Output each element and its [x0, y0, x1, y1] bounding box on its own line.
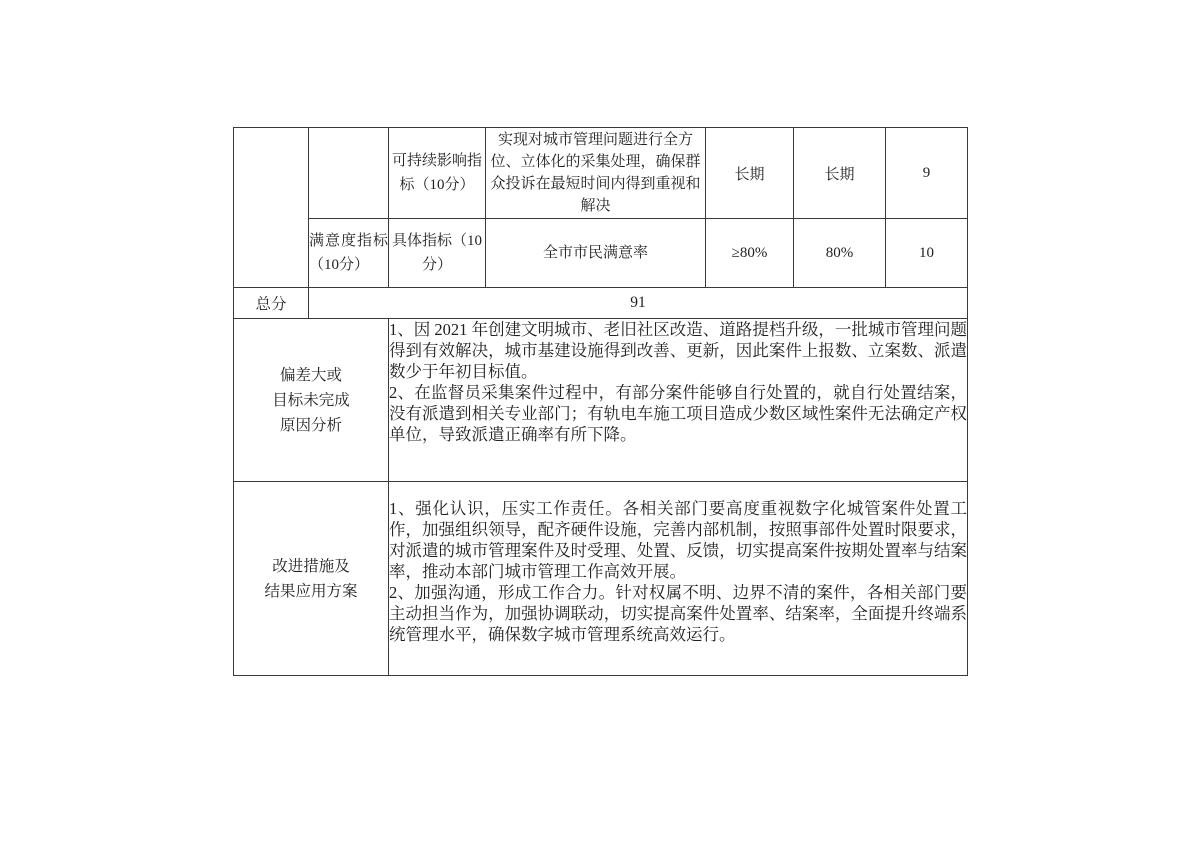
- category-satisfaction: 满意度指标（10分）: [309, 219, 389, 288]
- target-value-satisfaction: ≥80%: [706, 219, 794, 288]
- score-sustainable: 9: [886, 128, 968, 219]
- actual-value-satisfaction: 80%: [794, 219, 886, 288]
- improvement-plan-label: 改进措施及 结果应用方案: [234, 482, 389, 676]
- total-score-value: 91: [309, 288, 968, 319]
- indicator-description-sustainable: 实现对城市管理问题进行全方位、立体化的采集处理，确保群众投诉在最短时间内得到重视…: [486, 128, 706, 219]
- indicator-description-satisfaction: 全市市民满意率: [486, 219, 706, 288]
- row-total-score: 总分 91: [234, 288, 968, 319]
- indicator-name-sustainable: 可持续影响指标（10分）: [389, 128, 486, 219]
- deviation-analysis-content: 1、因 2021 年创建文明城市、老旧社区改造、道路提档升级，一批城市管理问题得…: [389, 319, 968, 482]
- target-value-sustainable: 长期: [706, 128, 794, 219]
- improvement-plan-content: 1、强化认识，压实工作责任。各相关部门要高度重视数字化城管案件处置工作，加强组织…: [389, 482, 968, 676]
- indicator-name-satisfaction: 具体指标（10分）: [389, 219, 486, 288]
- performance-evaluation-table: 可持续影响指标（10分） 实现对城市管理问题进行全方位、立体化的采集处理，确保群…: [233, 127, 968, 676]
- row-sustainable-indicator: 可持续影响指标（10分） 实现对城市管理问题进行全方位、立体化的采集处理，确保群…: [234, 128, 968, 219]
- actual-value-sustainable: 长期: [794, 128, 886, 219]
- score-satisfaction: 10: [886, 219, 968, 288]
- row-improvement-plan: 改进措施及 结果应用方案 1、强化认识，压实工作责任。各相关部门要高度重视数字化…: [234, 482, 968, 676]
- row-satisfaction-indicator: 满意度指标（10分） 具体指标（10分） 全市市民满意率 ≥80% 80% 10: [234, 219, 968, 288]
- document-page: 可持续影响指标（10分） 实现对城市管理问题进行全方位、立体化的采集处理，确保群…: [0, 0, 1200, 848]
- empty-category-cell: [234, 128, 309, 288]
- row-deviation-analysis: 偏差大或 目标未完成 原因分析 1、因 2021 年创建文明城市、老旧社区改造、…: [234, 319, 968, 482]
- deviation-analysis-label: 偏差大或 目标未完成 原因分析: [234, 319, 389, 482]
- total-score-label: 总分: [234, 288, 309, 319]
- empty-subcategory-cell: [309, 128, 389, 219]
